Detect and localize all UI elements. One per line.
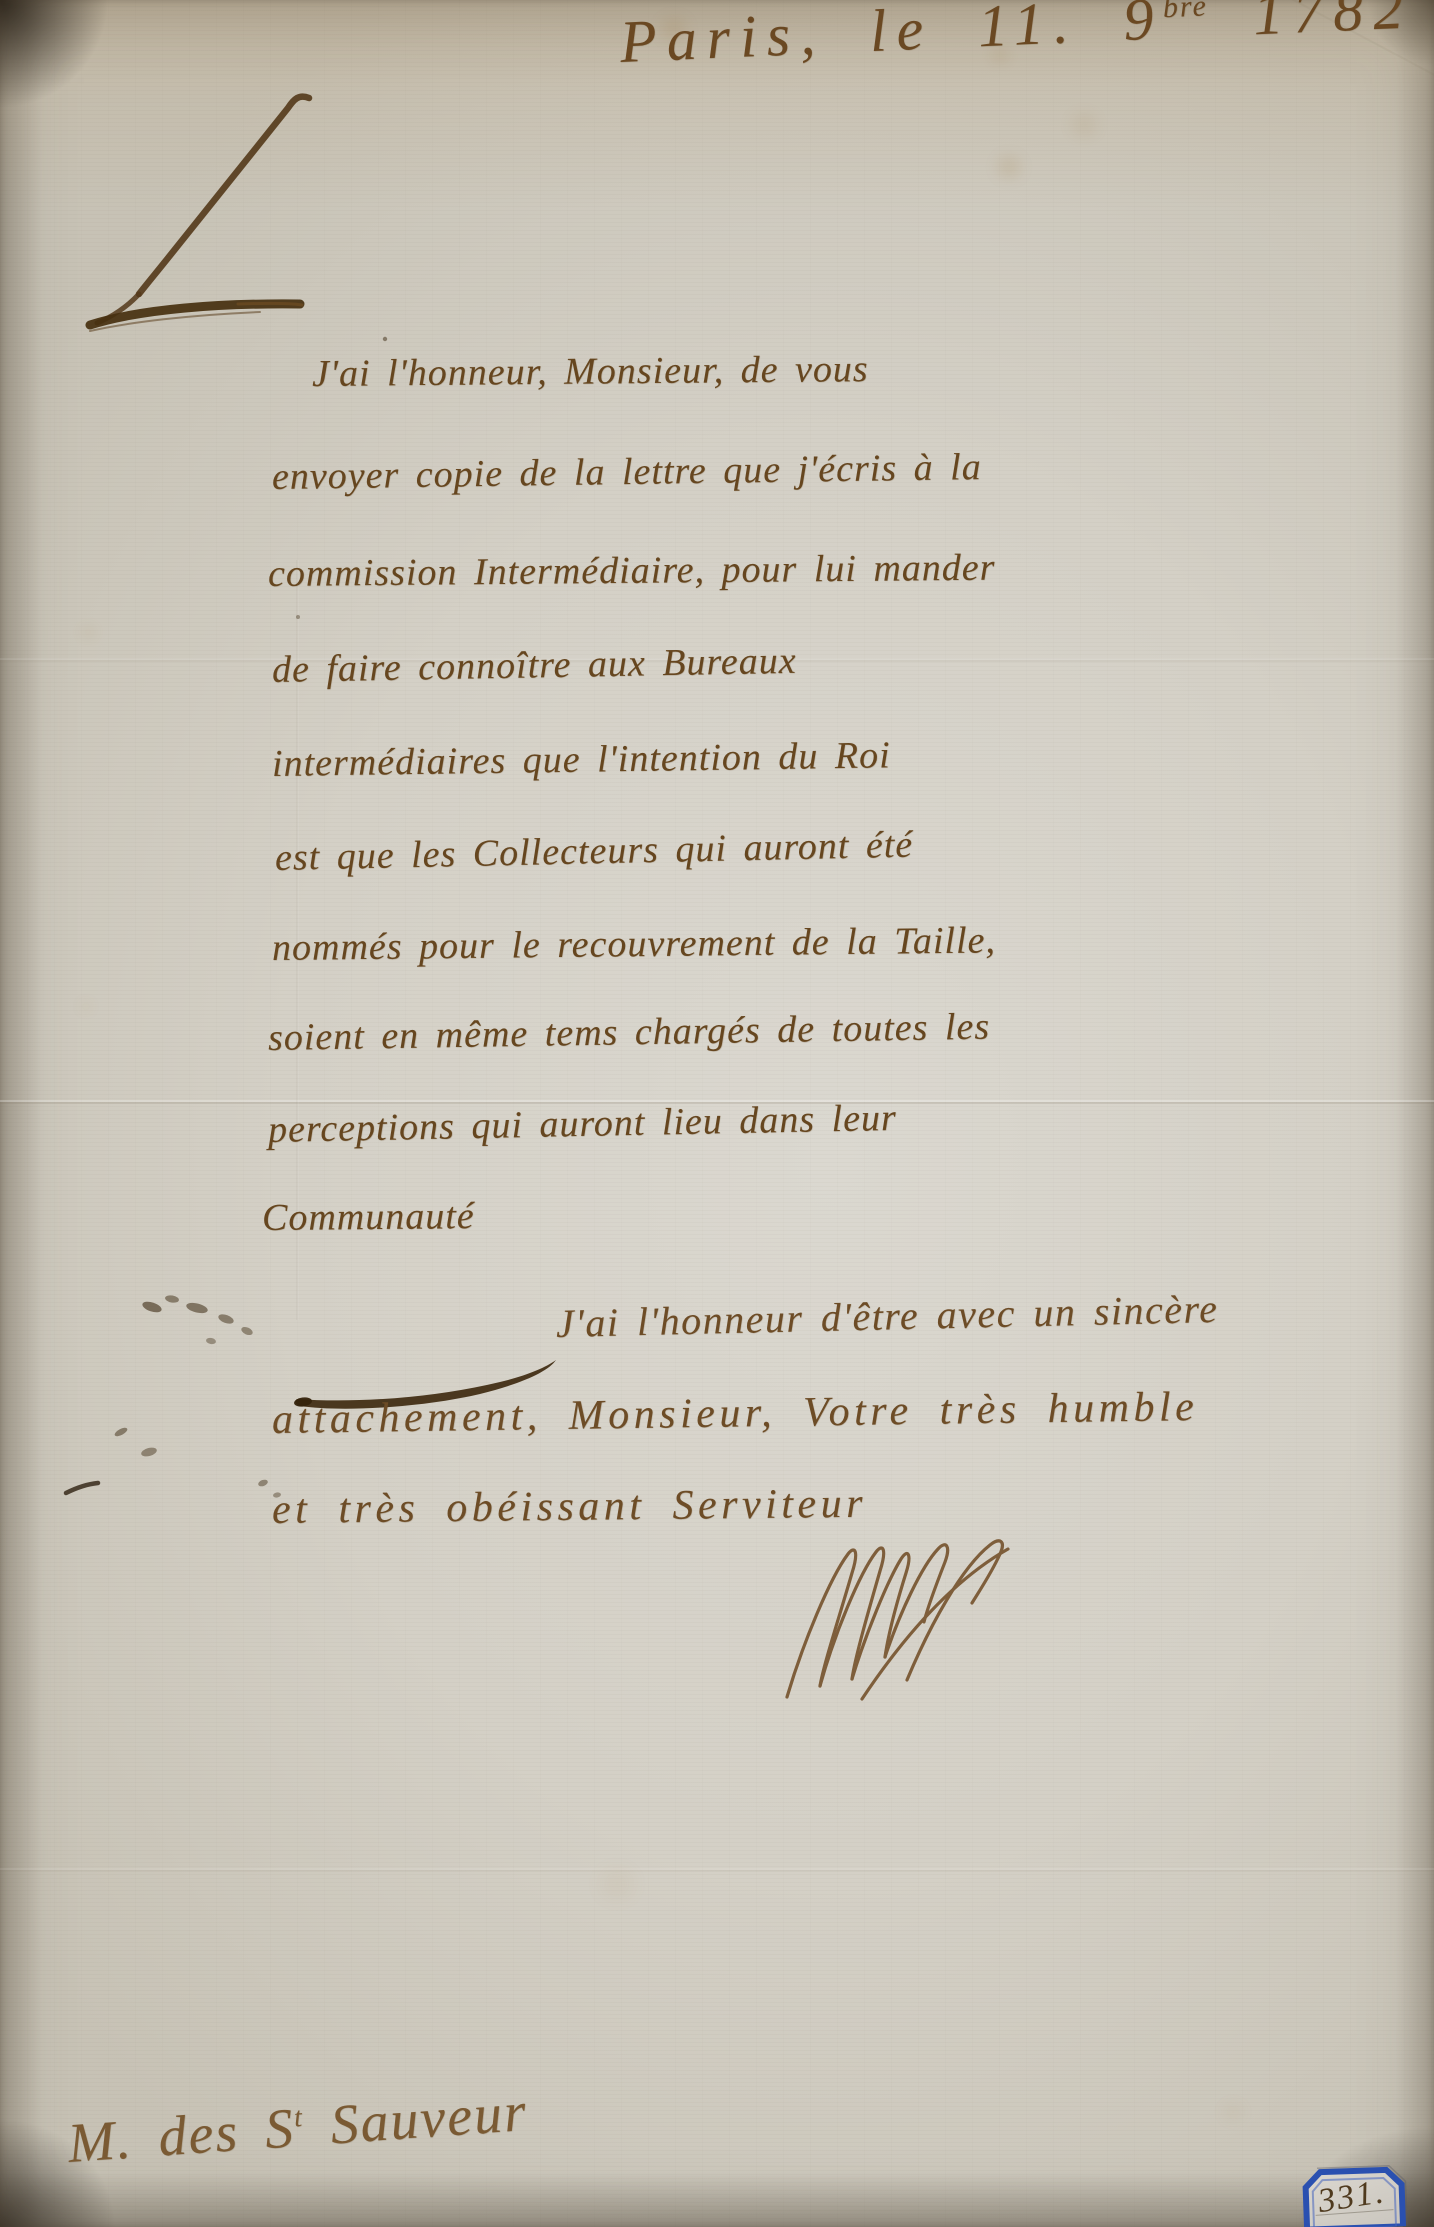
body-line-10: Communauté — [262, 1194, 475, 1240]
ink-blot-cluster — [66, 337, 387, 1498]
foxing-stain — [990, 152, 1028, 182]
fold-crease-horizontal-3 — [0, 1868, 1434, 1872]
body-line-6: est que les Collecteurs qui auront été — [275, 823, 914, 880]
dateline-superscript: bre — [1162, 0, 1208, 24]
foxing-stain — [585, 1862, 649, 1906]
foxing-stain — [78, 624, 98, 640]
opening-flourish — [90, 97, 309, 331]
letter-page: Paris, le 11. 9bre 1782 J'ai l'honneur, … — [0, 0, 1434, 2227]
closing-line-3: et très obéissant Serviteur — [272, 1480, 867, 1534]
dateline: Paris, le 11. 9bre 1782 — [618, 0, 1414, 77]
addressee-text: M. des S — [66, 2097, 297, 2175]
body-line-4: de faire connoître aux Bureaux — [272, 639, 797, 692]
body-line-5: intermédiaires que l'intention du Roi — [272, 733, 891, 786]
closing-line-2: attachement, Monsieur, Votre très humble — [272, 1383, 1199, 1444]
body-line-7: nommés pour le recouvrement de la Taille… — [272, 918, 996, 970]
collection-stamp: 331. — [1300, 2164, 1408, 2227]
dateline-text: Paris, le 11. 9 — [619, 0, 1165, 75]
body-line-8: soient en même tems chargés de toutes le… — [268, 1005, 991, 1060]
addressee-rest: Sauveur — [302, 2081, 529, 2158]
body-line-3: commission Intermédiaire, pour lui mande… — [268, 546, 996, 596]
signature-scrawl — [787, 1541, 1008, 1699]
body-line-2: envoyer copie de la lettre que j'écris à… — [272, 445, 982, 499]
body-line-9: perceptions qui auront lieu dans leur — [268, 1096, 898, 1152]
foxing-stain — [1062, 108, 1106, 142]
closing-line-1: J'ai l'honneur d'être avec un sincère — [555, 1285, 1218, 1347]
body-line-1: J'ai l'honneur, Monsieur, de vous — [312, 347, 869, 396]
foxing-stain — [1215, 2100, 1251, 2124]
foxing-stain — [78, 1000, 94, 1013]
dateline-year: 1782 — [1207, 0, 1415, 49]
addressee-line: M. des St Sauveur — [66, 2080, 530, 2176]
